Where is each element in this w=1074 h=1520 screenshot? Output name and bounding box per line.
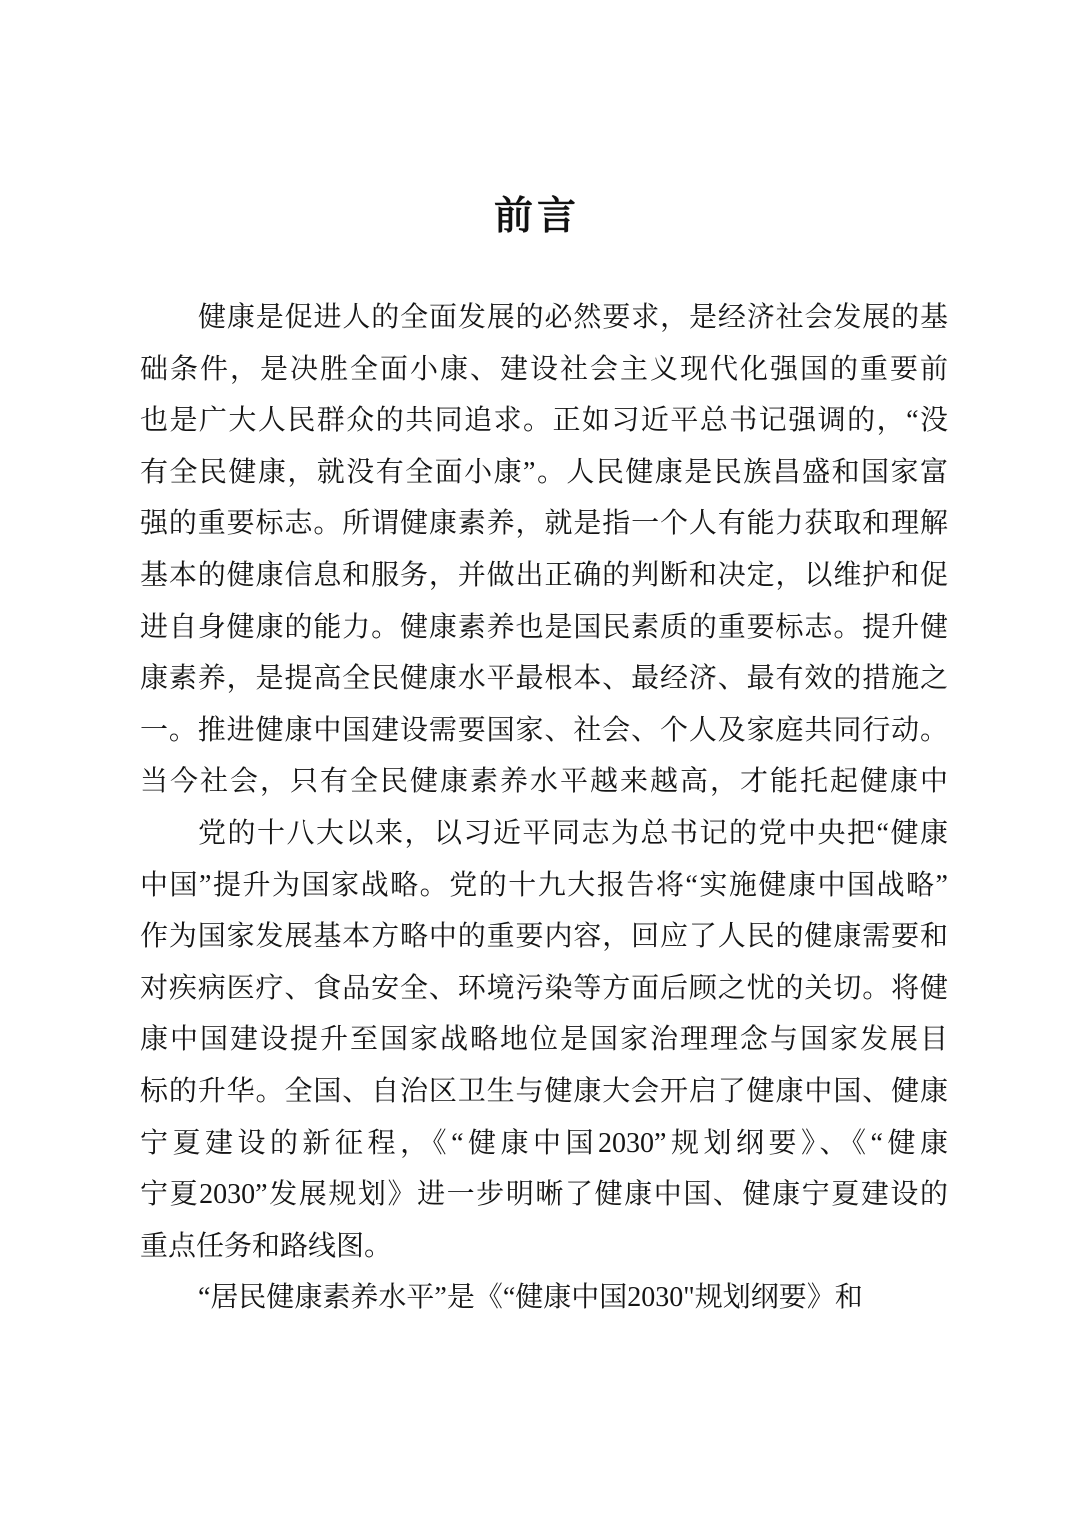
body-line: 党的十八大以来，以习近平同志为总书记的党中央把“健康 bbox=[140, 808, 948, 860]
body-text: 健康是促进人的全面发展的必然要求，是经济社会发展的基 础条件，是决胜全面小康、建… bbox=[140, 292, 948, 1324]
body-line: 一。推进健康中国建设需要国家、社会、个人及家庭共同行动。 bbox=[140, 705, 948, 757]
body-line: 康中国建设提升至国家战略地位是国家治理理念与国家发展目 bbox=[140, 1014, 948, 1066]
body-line: 作为国家发展基本方略中的重要内容，回应了人民的健康需要和 bbox=[140, 911, 948, 963]
document-page: 前言 健康是促进人的全面发展的必然要求，是经济社会发展的基 础条件，是决胜全面小… bbox=[0, 0, 1074, 1520]
body-line: “居民健康素养水平”是《“健康中国2030"规划纲要》和 bbox=[140, 1272, 948, 1324]
body-line: 标的升华。全国、自治区卫生与健康大会开启了健康中国、健康 bbox=[140, 1066, 948, 1118]
body-line: 健康是促进人的全面发展的必然要求，是经济社会发展的基 bbox=[140, 292, 948, 344]
body-line: 进自身健康的能力。健康素养也是国民素质的重要标志。提升健 bbox=[140, 602, 948, 654]
body-line: 中国”提升为国家战略。党的十九大报告将“实施健康中国战略” bbox=[140, 860, 948, 912]
body-line: 强的重要标志。所谓健康素养，就是指一个人有能力获取和理解 bbox=[140, 498, 948, 550]
body-line: 康素养，是提高全民健康水平最根本、最经济、最有效的措施之 bbox=[140, 653, 948, 705]
body-line: 基本的健康信息和服务，并做出正确的判断和决定，以维护和促 bbox=[140, 550, 948, 602]
body-line: 有全民健康，就没有全面小康”。人民健康是民族昌盛和国家富 bbox=[140, 447, 948, 499]
body-line: 当今社会，只有全民健康素养水平越来越高，才能托起健康中国。 bbox=[140, 756, 948, 808]
body-line: 重点任务和路线图。 bbox=[140, 1221, 948, 1273]
body-line: 宁夏2030”发展规划》进一步明晰了健康中国、健康宁夏建设的 bbox=[140, 1169, 948, 1221]
body-line: 础条件，是决胜全面小康、建设社会主义现代化强国的重要前提， bbox=[140, 344, 948, 396]
body-line: 也是广大人民群众的共同追求。正如习近平总书记强调的，“没 bbox=[140, 395, 948, 447]
page-title: 前言 bbox=[0, 196, 1074, 238]
body-line: 宁夏建设的新征程，《“健康中国2030”规划纲要》、《“健康 bbox=[140, 1118, 948, 1170]
body-line: 对疾病医疗、食品安全、环境污染等方面后顾之忧的关切。将健 bbox=[140, 963, 948, 1015]
